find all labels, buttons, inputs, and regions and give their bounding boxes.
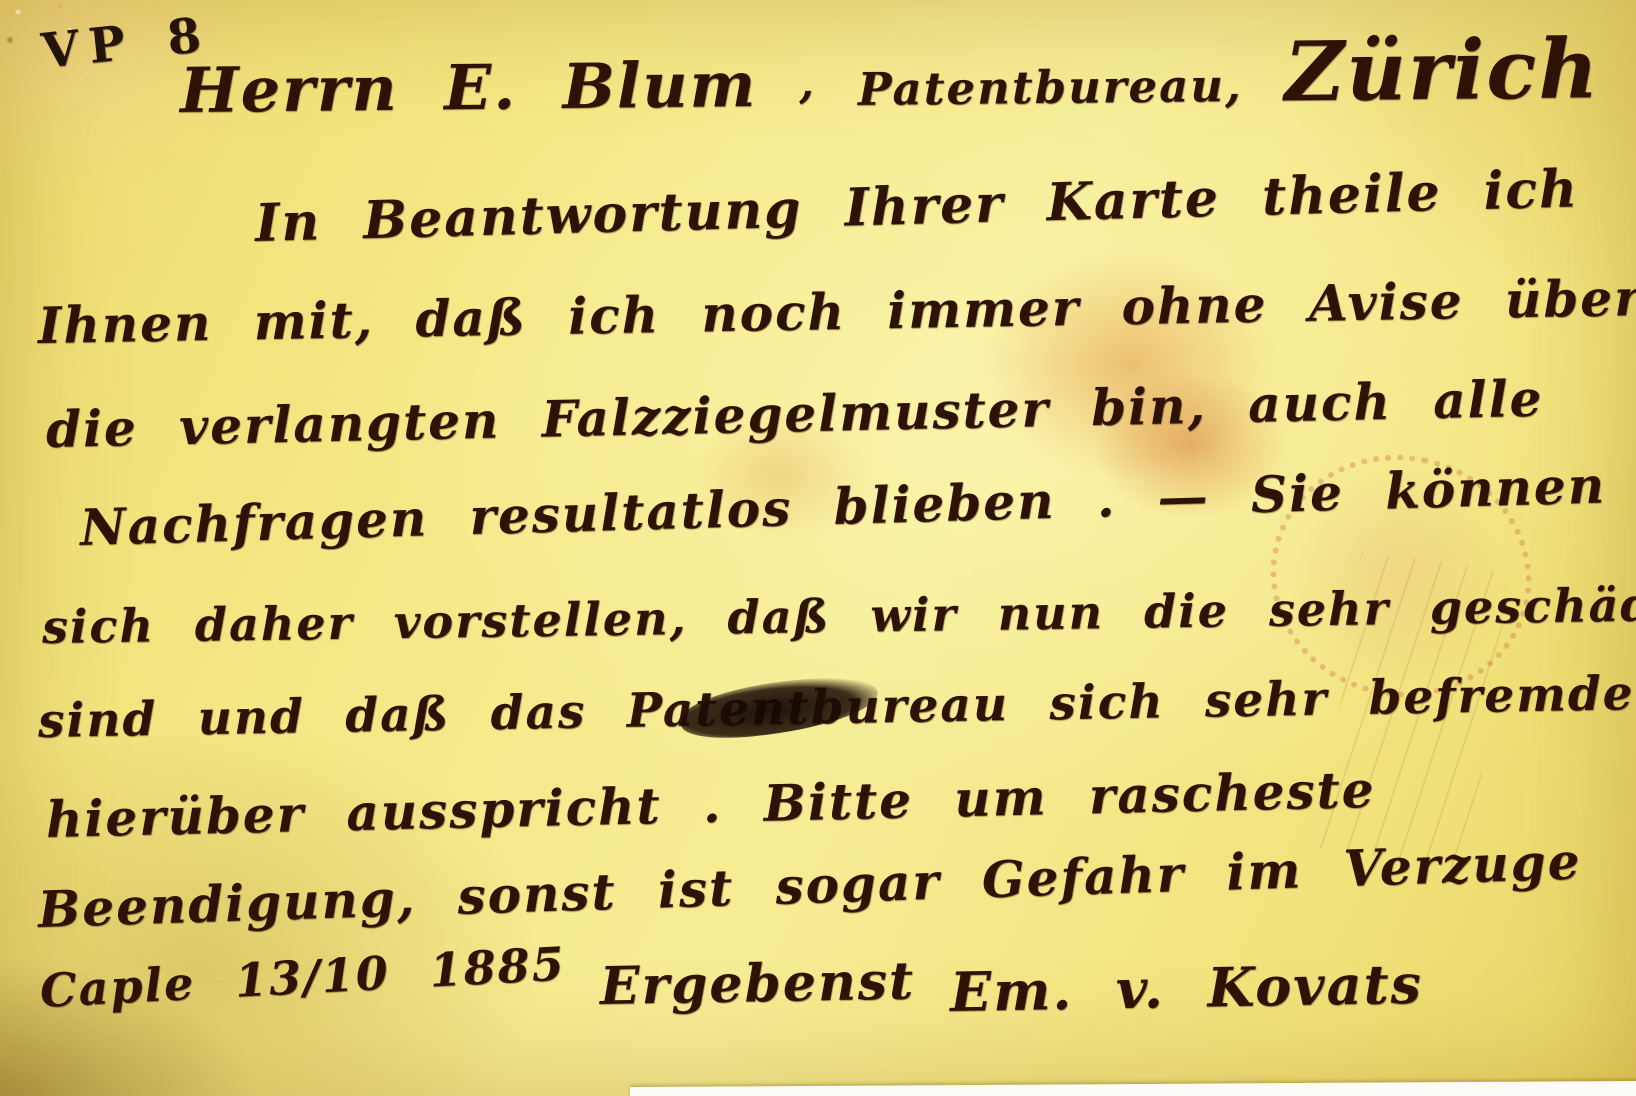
handwritten-line-8: Beendigung, sonst ist sogar Gefahr im Ve… <box>37 832 1582 939</box>
handwritten-line-6: sind und daß das Patentbureau sich sehr … <box>38 666 1636 749</box>
postcard-scan: VP 8 Herrn E. Blum , Patentbureau, Züric… <box>0 0 1636 1096</box>
handwritten-line-4: Nachfragen resultatlos blieben . — Sie k… <box>79 455 1607 557</box>
handwritten-line-5: sich daher vorstellen, daß wir nun die s… <box>42 576 1636 654</box>
handwritten-line-3: die verlangten Falzziegelmuster bin, auc… <box>45 369 1544 459</box>
recipient-bureau: Patentbureau, <box>858 59 1243 116</box>
signature: Em. v. Kovats <box>949 952 1423 1024</box>
address-separator: , <box>799 58 816 107</box>
place-and-date: Caple 13/10 1885 <box>39 936 567 1017</box>
recipient-city: Zürich <box>1284 21 1600 120</box>
handwritten-line-1: In Beantwortung Ihrer Karte theile ich <box>254 158 1579 254</box>
handwritten-line-7: hierüber ausspricht . Bitte um rascheste <box>45 760 1376 849</box>
closing-word: Ergebenst <box>599 951 915 1017</box>
paper-bottom-edge <box>630 1081 1636 1096</box>
line-6-post: sich sehr befremdet <box>1009 666 1636 732</box>
line-6-pre: sind und daß das <box>38 684 628 749</box>
address-line: Herrn E. Blum , Patentbureau, Zürich <box>179 21 1600 132</box>
blotted-word: Patentbureau <box>626 677 1009 739</box>
handwritten-line-2: Ihnen mit, daß ich noch immer ohne Avise… <box>37 268 1636 355</box>
recipient-name: Herrn E. Blum <box>180 48 758 127</box>
